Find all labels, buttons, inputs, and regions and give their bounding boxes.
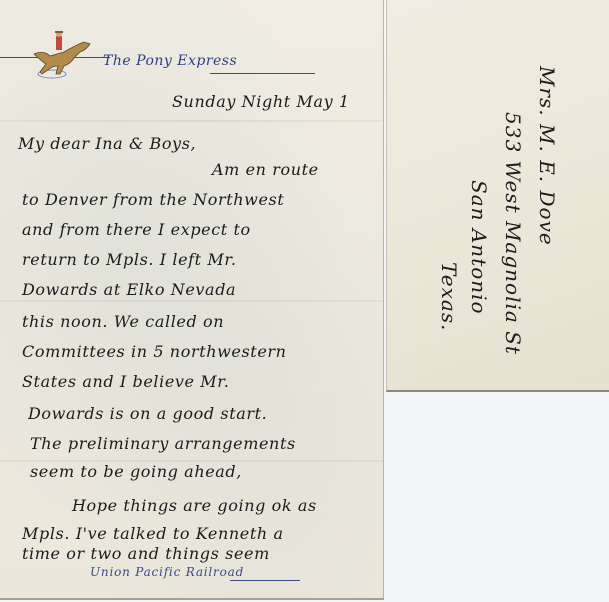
letterhead-title: The Pony Express	[103, 53, 237, 69]
body-line: Hope things are going ok as	[72, 496, 317, 515]
address-line: San Antonio	[467, 180, 491, 315]
footer-underline	[230, 580, 300, 581]
body-line: Dowards at Elko Nevada	[22, 280, 236, 299]
paper-fold	[0, 120, 384, 122]
body-line: States and I believe Mr.	[22, 372, 229, 391]
body-line: seem to be going ahead,	[30, 462, 242, 481]
body-line: Committees in 5 northwestern	[22, 342, 287, 361]
salutation: My dear Ina & Boys,	[18, 134, 196, 153]
body-line: The preliminary arrangements	[30, 434, 296, 453]
address-line: Texas.	[437, 262, 461, 331]
letter-page: The Pony Express Sunday Night May 1 My d…	[0, 0, 384, 600]
letterhead-underline	[210, 73, 315, 74]
body-line: time or two and things seem	[22, 544, 270, 563]
address-line: 533 West Magnolia St	[501, 112, 525, 355]
body-line: Am en route	[212, 160, 319, 179]
date-line: Sunday Night May 1	[172, 92, 350, 111]
letterhead-footer: Union Pacific Railroad	[90, 565, 244, 579]
body-line: Mpls. I've talked to Kenneth a	[22, 524, 284, 543]
envelope: Mrs. M. E. Dove 533 West Magnolia St San…	[386, 0, 609, 392]
body-line: to Denver from the Northwest	[22, 190, 284, 209]
body-line: this noon. We called on	[22, 312, 224, 331]
pony-express-rider-icon	[30, 30, 94, 80]
body-line: return to Mpls. I left Mr.	[22, 250, 237, 269]
body-line: Dowards is on a good start.	[28, 404, 267, 423]
paper-fold	[0, 300, 384, 302]
body-line: and from there I expect to	[22, 220, 251, 239]
address-line: Mrs. M. E. Dove	[535, 66, 559, 246]
